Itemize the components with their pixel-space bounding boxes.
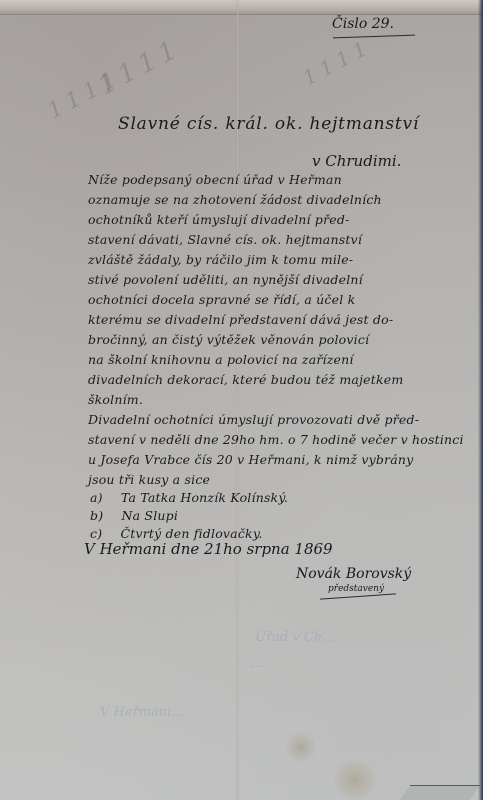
body-line: bročinný, an čistý výtěžek věnován polov…	[88, 332, 369, 347]
play-marker: a)	[90, 490, 103, 505]
play-item: b) Na Slupi	[90, 508, 178, 523]
play-item: c) Čtvrtý den fidlovačky.	[90, 526, 263, 541]
play-item: a) Ta Tatka Honzík Kolínský.	[90, 490, 288, 505]
play-title: Čtvrtý den fidlovačky.	[120, 526, 262, 541]
body-line: u Josefa Vrabce čís 20 v Heřmani, k nimž…	[88, 452, 413, 467]
bleedthrough-text: ...	[250, 656, 262, 671]
play-title: Na Slupi	[121, 508, 178, 523]
body-line: divadelních dekorací, které budou též ma…	[88, 372, 403, 387]
body-line: oznamuje se na zhotovení žádost divadeln…	[88, 192, 382, 207]
reference-underline	[333, 35, 415, 39]
body-line: zvláště žádaly, by ráčilo jim k tomu mil…	[88, 252, 353, 267]
paper-top-edge	[0, 0, 483, 15]
body-line: kterému se divadelní představení dává je…	[88, 312, 393, 327]
bleedthrough-text: V Heřmani...	[100, 705, 184, 720]
paper-stain	[330, 760, 380, 800]
play-marker: c)	[90, 526, 102, 541]
signature-flourish	[320, 593, 396, 599]
reference-number: Čislo 29.	[332, 16, 394, 32]
ghost-mark: 1111	[299, 34, 376, 90]
body-line: Divadelní ochotníci úmyslují provozovati…	[88, 412, 419, 427]
folded-corner	[400, 785, 481, 800]
play-title: Ta Tatka Honzík Kolínský.	[121, 490, 288, 505]
body-line: ochotníků kteří úmyslují divadelní před-	[88, 212, 350, 227]
body-line: Níže podepsaný obecní úřad v Heřman	[88, 172, 342, 187]
body-line: stavení dávati, Slavné cís. ok. hejtmans…	[88, 232, 362, 247]
signature-title: představený	[328, 584, 384, 594]
body-line: stivé povolení uděliti, an nynější divad…	[88, 272, 363, 287]
body-line: na školní knihovnu a polovicí na zařízen…	[88, 352, 354, 367]
document-sheet: 1111 1111 1111 Úřad v Ch... ... V Heřman…	[0, 0, 483, 800]
signature-name: Novák Borovský	[296, 566, 411, 582]
body-line: ochotníci docela spravné se řídí, a účel…	[88, 292, 355, 307]
bleedthrough-text: Úřad v Ch...	[255, 630, 335, 645]
date-line: V Heřmani dne 21ho srpna 1869	[84, 540, 333, 558]
page-right-edge	[478, 0, 483, 800]
body-line: stavení v neděli dne 29ho hm. o 7 hodině…	[88, 432, 464, 447]
body-line: jsou tři kusy a sice	[88, 472, 210, 487]
paper-stain	[286, 730, 316, 764]
body-line: školním.	[88, 392, 143, 407]
addressee-line: Slavné cís. král. ok. hejtmanství	[118, 114, 419, 134]
play-marker: b)	[90, 508, 103, 523]
addressee-place: v Chrudimi.	[312, 152, 401, 170]
